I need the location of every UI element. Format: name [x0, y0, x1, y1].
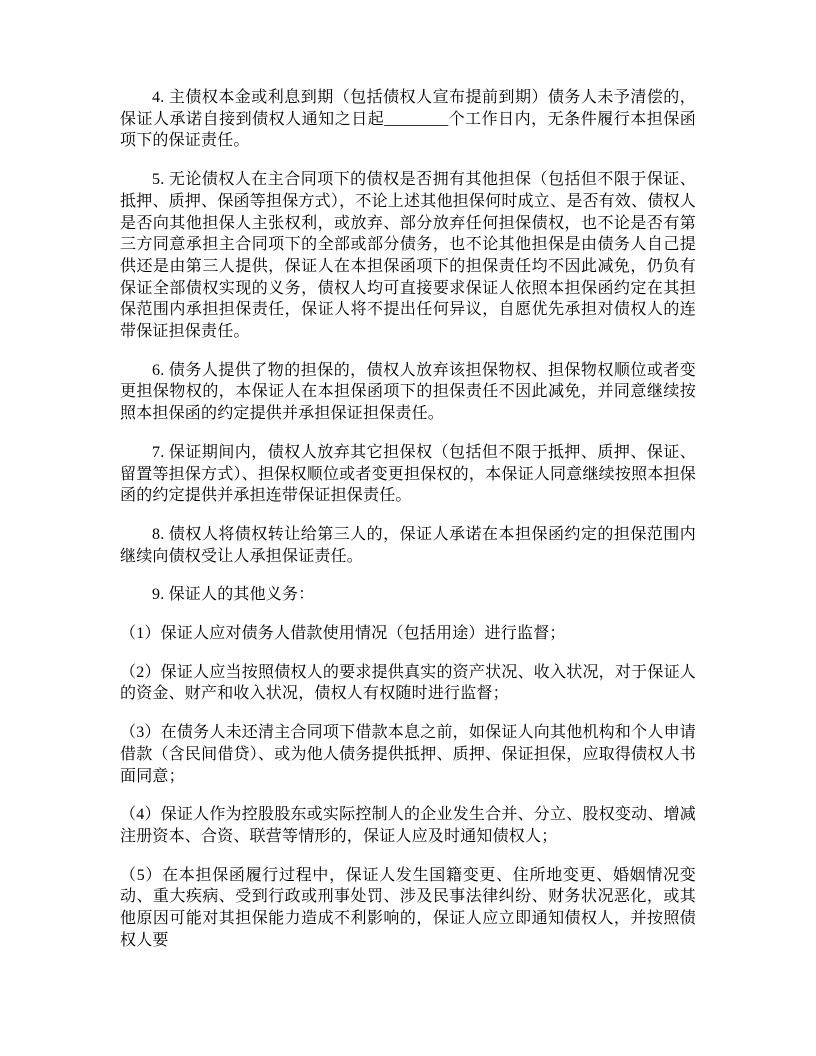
clause-9-item-5: （5）在本担保函履行过程中，保证人发生国籍变更、住所地变更、婚姻情况变动、重大疾… [120, 865, 696, 952]
clause-9-item-1: （1）保证人应对债务人借款使用情况（包括用途）进行监督； [120, 623, 696, 645]
fill-in-blank-working-days: ________ [384, 111, 448, 128]
clause-6: 6. 债务人提供了物的担保的，债权人放弃该担保物权、担保物权顺位或者变更担保物权… [120, 360, 696, 425]
clause-4: 4. 主债权本金或利息到期（包括债权人宣布提前到期）债务人未予清偿的，保证人承诺… [120, 87, 696, 152]
clause-8: 8. 债权人将债权转让给第三人的，保证人承诺在本担保函约定的担保范围内继续向债权… [120, 524, 696, 567]
clause-9-item-3: （3）在债务人未还清主合同项下借款本息之前，如保证人向其他机构和个人申请借款（含… [120, 722, 696, 787]
clause-5: 5. 无论债权人在主合同项下的债权是否拥有其他担保（包括但不限于保证、抵押、质押… [120, 169, 696, 343]
clause-7: 7. 保证期间内，债权人放弃其它担保权（包括但不限于抵押、质押、保证、留置等担保… [120, 442, 696, 507]
clause-9-item-4: （4）保证人作为控股股东或实际控制人的企业发生合并、分立、股权变动、增减注册资本… [120, 804, 696, 847]
clause-9-heading: 9. 保证人的其他义务： [120, 584, 696, 606]
guarantee-letter-text-block: 4. 主债权本金或利息到期（包括债权人宣布提前到期）债务人未予清偿的，保证人承诺… [120, 87, 696, 969]
document-page: 4. 主债权本金或利息到期（包括债权人宣布提前到期）债务人未予清偿的，保证人承诺… [0, 0, 816, 1056]
clause-9-item-2: （2）保证人应当按照债权人的要求提供真实的资产状况、收入状况，对于保证人的资金、… [120, 662, 696, 705]
